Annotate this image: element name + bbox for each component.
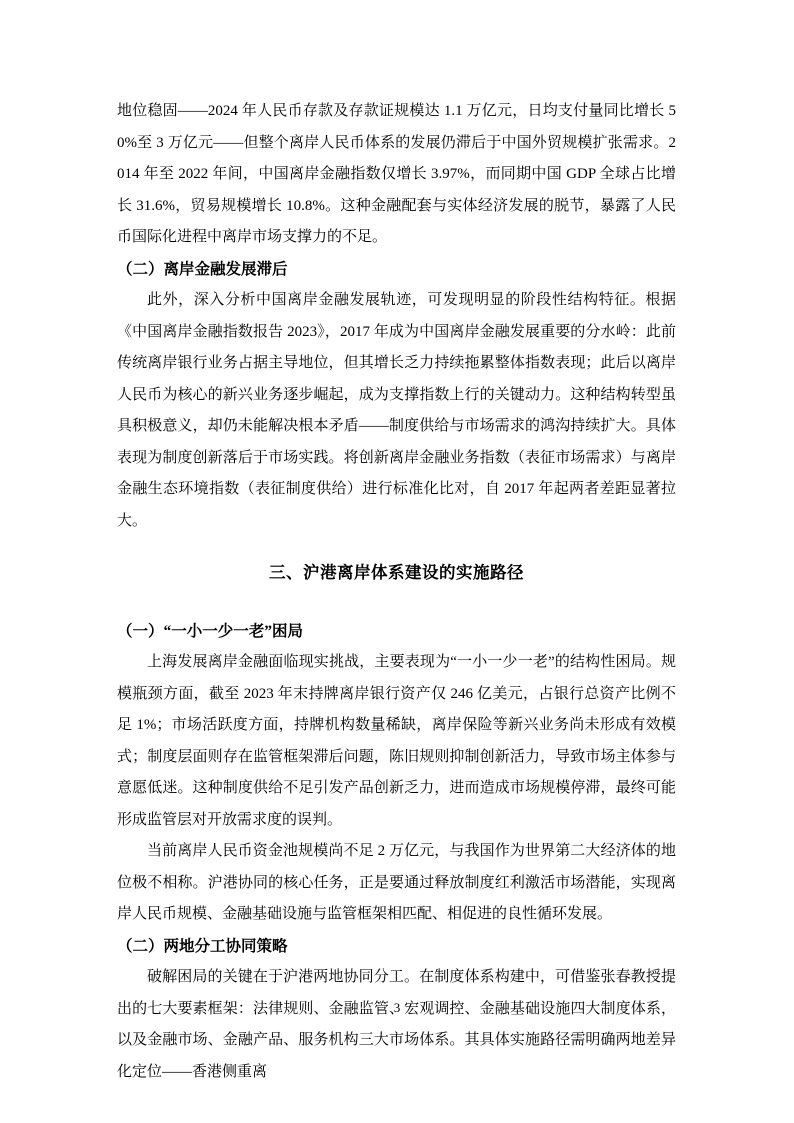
paragraph-offshore-lag: 此外，深入分析中国离岸金融发展轨迹，可发现明显的阶段性结构特征。根据《中国离岸金… bbox=[117, 285, 676, 537]
paragraph-dilemma-1: 上海发展离岸金融面临现实挑战，主要表现为“一小一少一老”的结构性困局。规模瓶颈方… bbox=[117, 647, 676, 836]
section-title-implementation-path: 三、沪港离岸体系建设的实施路径 bbox=[117, 557, 676, 589]
heading-division-strategy: （二）两地分工协同策略 bbox=[117, 931, 676, 963]
paragraph-continuation: 地位稳固——2024 年人民币存款及存款证规模达 1.1 万亿元，日均支付量同比… bbox=[117, 96, 676, 254]
text-column: 地位稳固——2024 年人民币存款及存款证规模达 1.1 万亿元，日均支付量同比… bbox=[117, 96, 676, 1088]
heading-offshore-finance-lag: （二）离岸金融发展滞后 bbox=[117, 254, 676, 286]
page-number: 3 bbox=[0, 1000, 794, 1016]
heading-dilemma: （一）“一小一少一老”困局 bbox=[117, 616, 676, 648]
document-page: 地位稳固——2024 年人民币存款及存款证规模达 1.1 万亿元，日均支付量同比… bbox=[0, 0, 794, 1123]
paragraph-dilemma-2: 当前离岸人民币资金池规模尚不足 2 万亿元，与我国作为世界第二大经济体的地位极不… bbox=[117, 836, 676, 931]
paragraph-strategy: 破解困局的关键在于沪港两地协同分工。在制度体系构建中，可借鉴张春教授提出的七大要… bbox=[117, 962, 676, 1088]
